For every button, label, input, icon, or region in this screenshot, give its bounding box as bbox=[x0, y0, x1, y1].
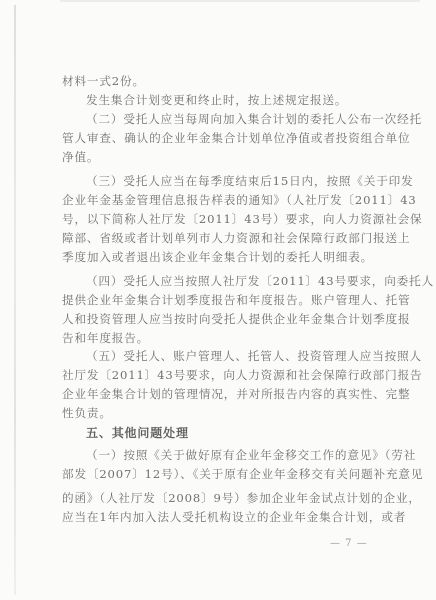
text-line: 材料一式2份。 bbox=[62, 74, 378, 88]
text-line: 号，以下简称人社厅发〔2011〕43号）要求，向人力资源社会保 bbox=[62, 212, 378, 226]
text-line: （三）受托人应当在每季度结束后15日内，按照《关于印发 bbox=[86, 174, 378, 188]
page-number: — 7 — bbox=[330, 538, 368, 549]
text-line: 发生集合计划变更和终止时，按上述规定报送。 bbox=[86, 93, 378, 107]
text-line: 净值。 bbox=[62, 150, 378, 164]
text-line: 部发〔2007〕12号）、《关于原有企业年金移交有关问题补充意见 bbox=[62, 467, 378, 481]
text-line: 人和投资管理人应当按时向受托人提供企业年金集合计划季度报 bbox=[62, 312, 378, 326]
text-line: 季度加入或者退出该企业年金集合计划的委托人明细表。 bbox=[62, 250, 378, 264]
text-line: 企业年金集合计划的管理情况，并对所报告内容的真实性、完整 bbox=[62, 387, 378, 401]
document-page: 材料一式2份。 发生集合计划变更和终止时，按上述规定报送。 （二）受托人应当每周… bbox=[0, 0, 436, 600]
text-line: （一）按照《关于做好原有企业年金移交工作的意见》（劳社 bbox=[86, 448, 378, 462]
text-line: 障部、省级或者计划单列市人力资源和社会保障行政部门报送上 bbox=[62, 231, 378, 245]
text-line: 性负责。 bbox=[62, 406, 378, 420]
text-line: 的函》（人社厅发〔2008〕9号）参加企业年金试点计划的企业， bbox=[62, 491, 378, 505]
text-line: 告和年度报告。 bbox=[62, 331, 378, 345]
scan-top-edge bbox=[60, 0, 420, 2]
text-line: （四）受托人应当按照人社厅发〔2011〕43号要求，向委托人 bbox=[86, 274, 378, 288]
section-heading: 五、其他问题处理 bbox=[86, 426, 378, 440]
text-line: 企业年金基金管理信息报告样表的通知》（人社厅发〔2011〕43 bbox=[62, 193, 378, 207]
text-line: （二）受托人应当每周向加入集合计划的委托人公布一次经托 bbox=[86, 112, 378, 126]
scan-binding-edge bbox=[14, 5, 16, 595]
text-line: 应当在1年内加入法人受托机构设立的企业年金集合计划，或者 bbox=[62, 510, 378, 524]
text-line: 社厅发〔2011〕43号要求，向人力资源和社会保障行政部门报告 bbox=[62, 368, 378, 382]
text-line: （五）受托人、账户管理人、托管人、投资管理人应当按照人 bbox=[86, 349, 378, 363]
text-line: 提供企业年金集合计划季度报告和年度报告。账户管理人、托管 bbox=[62, 293, 378, 307]
text-line: 管人审查、确认的企业年金集合计划单位净值或者投资组合单位 bbox=[62, 131, 378, 145]
